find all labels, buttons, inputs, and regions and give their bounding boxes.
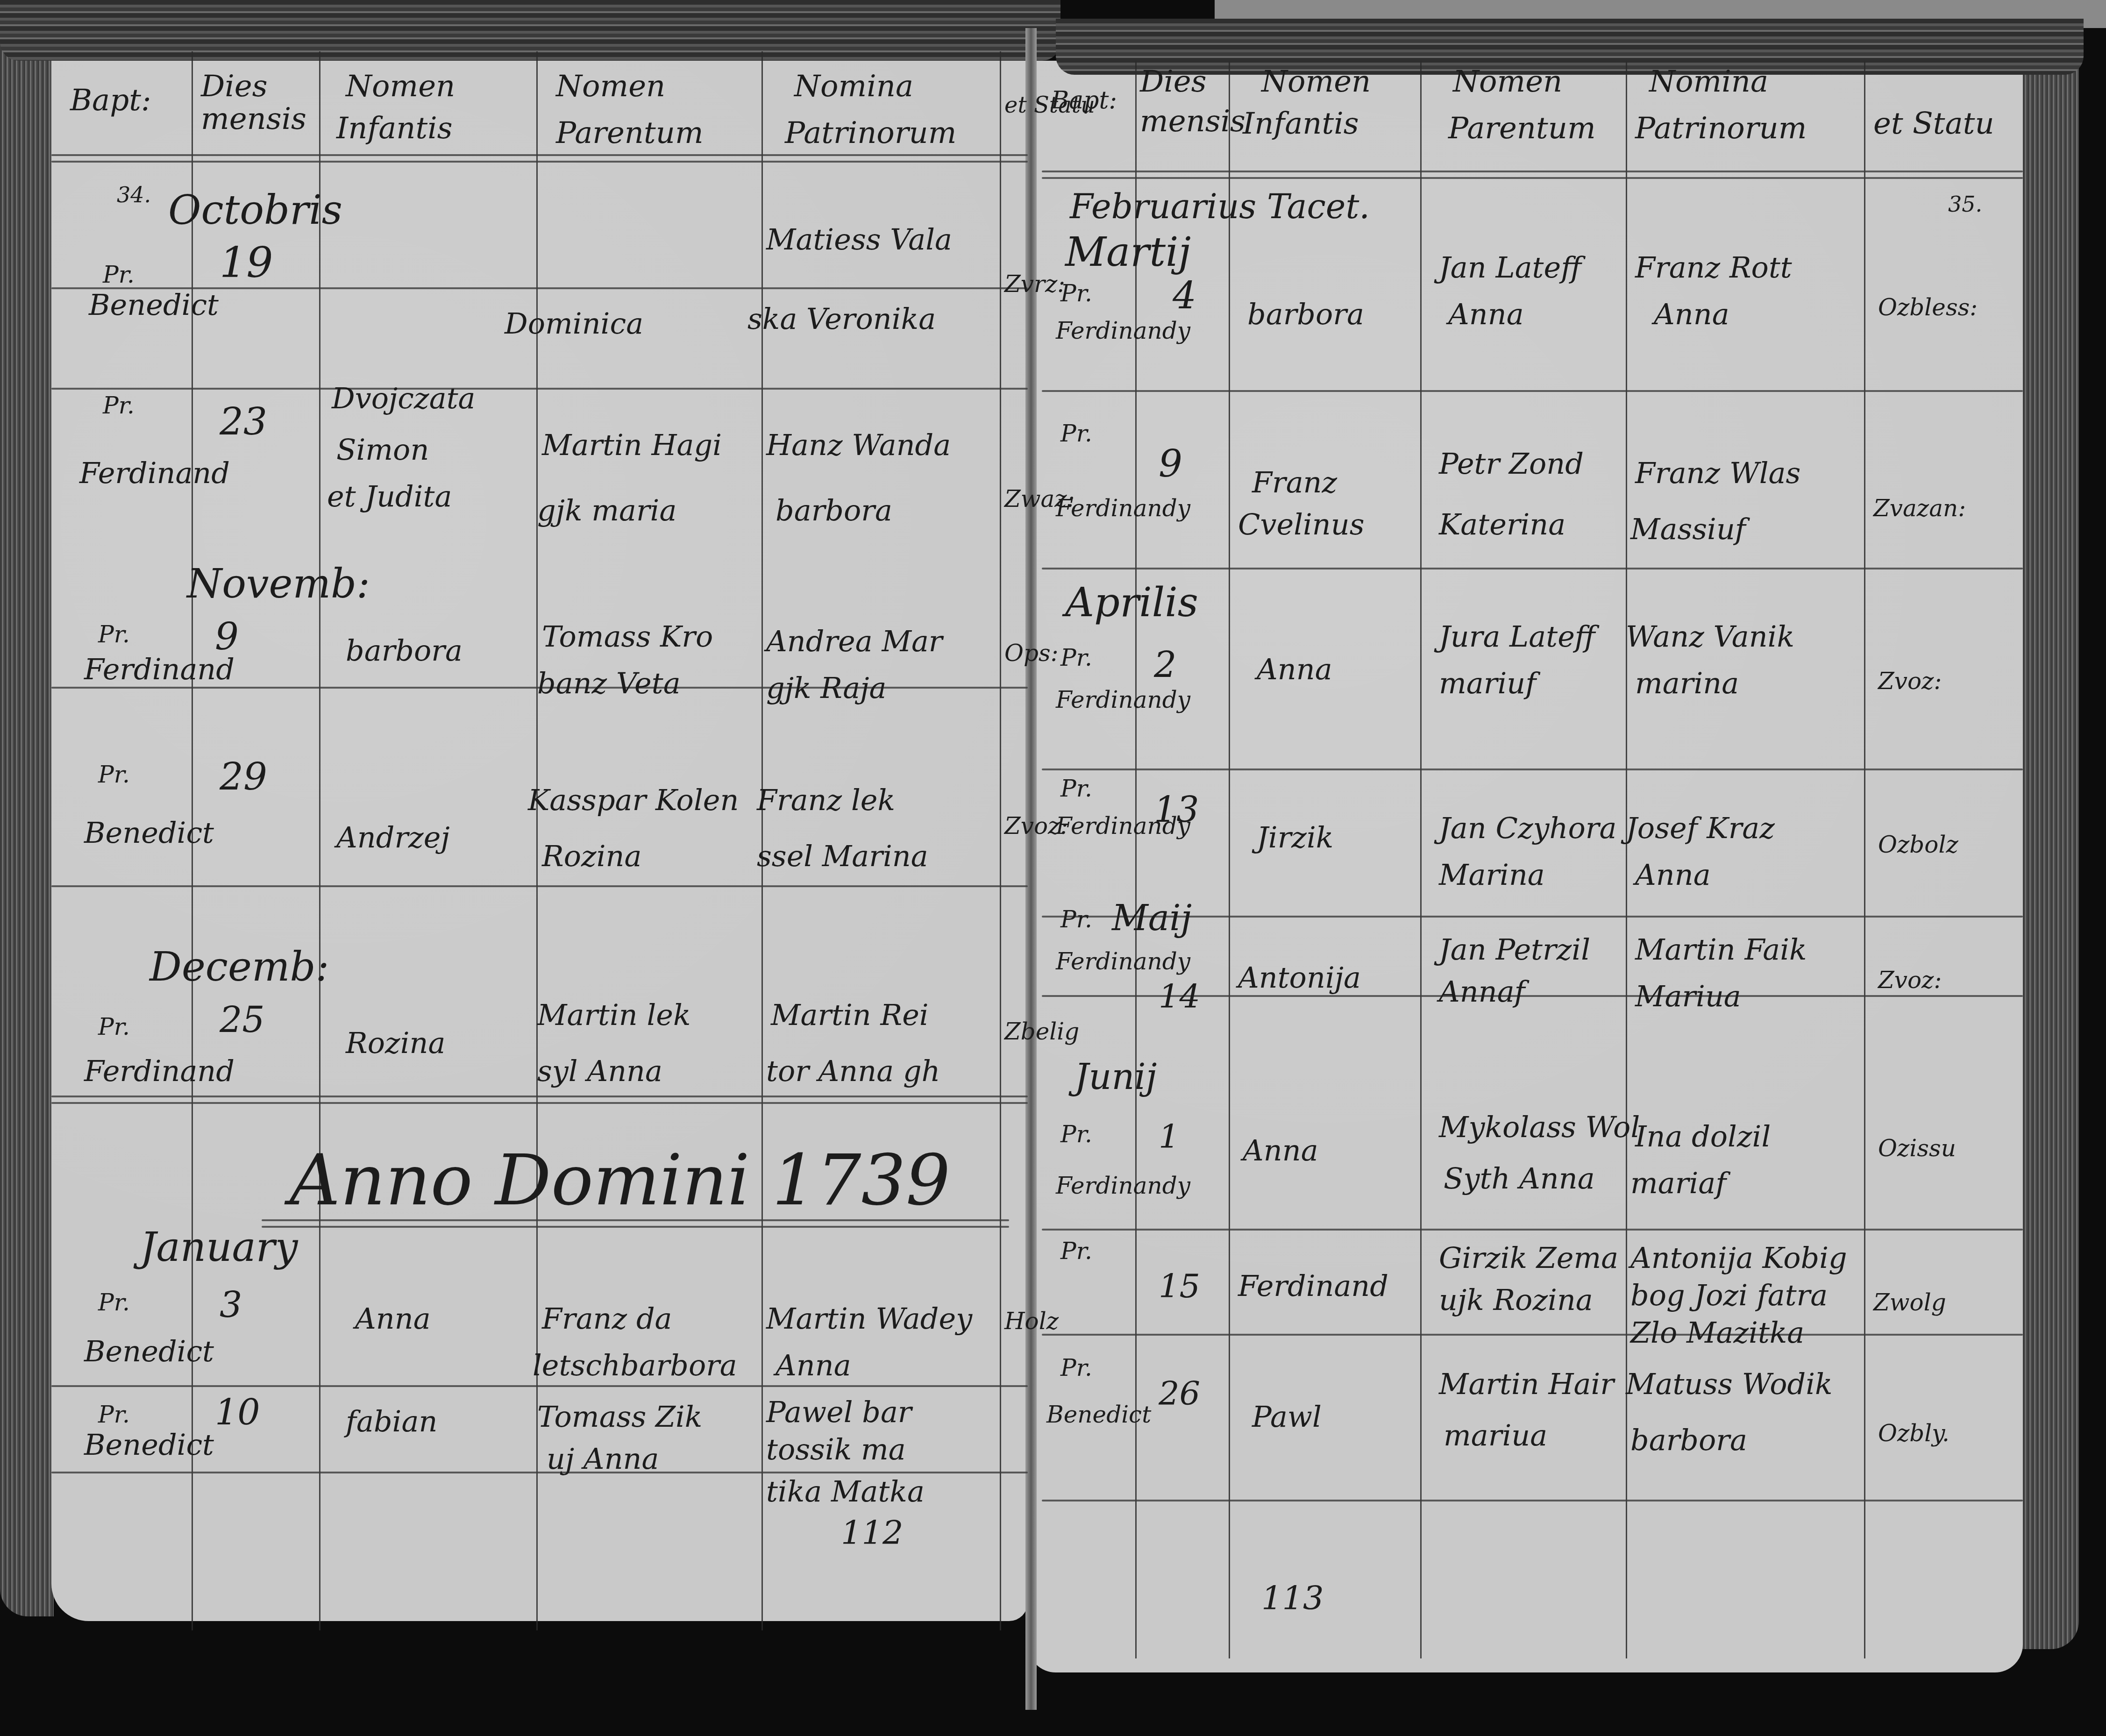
godparents: Antonija Kobig <box>1630 1243 1847 1274</box>
godparents: tossik ma <box>766 1434 906 1465</box>
parents: Mykolass Wol <box>1439 1112 1640 1143</box>
header-mensis: mensis <box>1140 105 1245 138</box>
day: 4 <box>1173 280 1196 311</box>
status: Ozissu <box>1878 1135 1956 1161</box>
godparents: bog Jozi fatra <box>1630 1280 1828 1311</box>
godparents: Martin Rei <box>771 1000 929 1031</box>
status: Ozbless: <box>1878 294 1978 320</box>
status: Zvoz: <box>1878 967 1942 993</box>
left-row-rule <box>51 885 1028 887</box>
godparents: Franz lek <box>757 785 895 816</box>
header-dies: Dies <box>1140 65 1207 98</box>
parents: Martin lek <box>537 1000 691 1031</box>
godparents: Hanz Wanda <box>766 430 951 461</box>
right-row-rule <box>1042 1229 2023 1231</box>
godparents: barbora <box>776 495 892 526</box>
day: 26 <box>1159 1378 1200 1409</box>
infant: Pawl <box>1252 1402 1322 1432</box>
godparents: barbora <box>1630 1425 1747 1456</box>
month-heading: Octobris <box>168 187 342 234</box>
godparents: Matiess Vala <box>766 224 952 255</box>
day: 10 <box>215 1397 260 1428</box>
header-nomen: Nomen <box>556 70 665 103</box>
godparents: Zlo Mazitka <box>1630 1317 1804 1348</box>
infant: barbora <box>1247 299 1364 330</box>
godparents: tika Matka <box>766 1476 925 1507</box>
left-row-rule <box>51 388 1028 390</box>
godparents: tor Anna gh <box>766 1056 940 1087</box>
baptizans-name: Benedict <box>84 1430 214 1460</box>
godparents: Anna <box>1635 860 1711 890</box>
day: 1 <box>1159 1121 1180 1152</box>
parents: uj Anna <box>547 1444 659 1474</box>
baptizans-name: Ferdinand <box>84 654 235 685</box>
left-page-edge-stack <box>0 42 54 1616</box>
header-nomen: Nomen <box>1453 65 1562 98</box>
godparents: Mariua <box>1635 981 1741 1012</box>
right-row-rule <box>1042 568 2023 569</box>
left-top-page-edges <box>0 0 1060 61</box>
infant: Franz <box>1252 467 1337 498</box>
baptizans-title: Pr. <box>98 621 130 647</box>
parents: mariua <box>1444 1420 1547 1451</box>
header-baptizans: Bapt: <box>70 84 151 117</box>
baptizans-name: Benedict <box>89 290 219 320</box>
day: 19 <box>220 248 273 278</box>
baptizans-title: Pr. <box>98 1402 130 1428</box>
baptizans-title: Pr. <box>1060 420 1092 447</box>
infant: Cvelinus <box>1238 509 1365 540</box>
day: 14 <box>1159 981 1200 1012</box>
baptizans-title: Pr. <box>98 1289 130 1316</box>
header-infantis: Infantis <box>1243 107 1359 140</box>
month-heading: Novemb: <box>187 561 370 607</box>
godparents: ssel Marina <box>757 841 928 872</box>
baptizans-name: Ferdinandy <box>1056 495 1190 521</box>
parents: Anna <box>1448 299 1524 330</box>
baptizans-title: Pr. <box>103 262 135 288</box>
left-row-rule <box>51 1385 1028 1387</box>
right-row-rule <box>1042 768 2023 770</box>
godparents: Ina dolzil <box>1635 1121 1771 1152</box>
left-row-rule <box>51 1096 1028 1097</box>
parents: Rozina <box>542 841 641 872</box>
header-nomina: Nomina <box>1649 65 1768 98</box>
right-row-rule <box>1042 1500 2023 1501</box>
baptizans-name: Ferdinandy <box>1056 948 1190 975</box>
header-patrinorum: Patrinorum <box>1635 112 1807 145</box>
month-heading: Decemb: <box>149 944 329 990</box>
header-nomina: Nomina <box>794 70 913 103</box>
parents: Jan Petrzil <box>1439 934 1590 965</box>
page-number-bottom: 113 <box>1261 1579 1324 1617</box>
parents: Petr Zond <box>1439 448 1584 479</box>
infant: Anna <box>1243 1135 1318 1166</box>
month-heading: Junij <box>1074 1056 1157 1097</box>
header-baptizans: Bapt: <box>1051 84 1117 117</box>
status: Zvrz: <box>1004 271 1065 297</box>
infant: Anna <box>1257 654 1332 685</box>
godparents: Martin Faik <box>1635 934 1807 965</box>
header-dies: Dies <box>201 70 268 103</box>
day: 23 <box>220 406 267 437</box>
day: 9 <box>1159 448 1182 479</box>
running-note: Februarius Tacet. <box>1070 187 1370 226</box>
day: 3 <box>220 1289 242 1320</box>
status: Ops: <box>1004 640 1059 666</box>
parents: Jan Lateff <box>1439 252 1581 283</box>
infant: Jirzik <box>1257 822 1333 853</box>
parents: gjk maria <box>537 495 676 526</box>
baptizans-title: Pr. <box>1060 1121 1092 1147</box>
baptizans-name: Ferdinandy <box>1056 1173 1190 1199</box>
status: Zbelig <box>1004 1018 1079 1045</box>
parents: Dominica <box>505 308 643 339</box>
godparents: Wanz Vanik <box>1626 621 1794 652</box>
status: Holz <box>1004 1308 1059 1334</box>
baptizans-title: Pr. <box>1060 1238 1092 1264</box>
infant: Antonija <box>1238 962 1361 993</box>
right-page-edge-stack <box>2018 61 2079 1649</box>
infant: Rozina <box>346 1028 445 1059</box>
godparents: Franz Rott <box>1635 252 1792 283</box>
header-nomen: Nomen <box>1261 65 1371 98</box>
baptizans-name: Benedict <box>1046 1402 1151 1428</box>
godparents: Andrea Mar <box>766 626 942 657</box>
month-heading: Maij <box>1112 897 1192 939</box>
infant: Andrzej <box>336 822 450 853</box>
godparents: Franz Wlas <box>1635 458 1800 489</box>
godparents: Josef Kraz <box>1626 813 1775 844</box>
left-header-rule <box>51 154 1028 156</box>
parents: mariuf <box>1439 668 1536 699</box>
parents: Katerina <box>1439 509 1565 540</box>
infant: Dvojczata <box>332 383 476 414</box>
baptizans-title: Pr. <box>1060 906 1092 932</box>
parents: Girzik Zema <box>1439 1243 1618 1274</box>
parents: Jan Czyhora <box>1439 813 1616 844</box>
infant: barbora <box>346 635 462 666</box>
parents: Marina <box>1439 860 1545 890</box>
status: Zwolg <box>1873 1289 1946 1316</box>
baptizans-title: Pr. <box>98 1014 130 1040</box>
parents: Annaf <box>1439 976 1525 1007</box>
infant: et Judita <box>327 481 452 512</box>
left-row-rule <box>51 1472 1028 1473</box>
month-heading: Aprilis <box>1065 579 1198 626</box>
baptizans-title: Pr. <box>1060 1355 1092 1381</box>
day: 2 <box>1154 649 1176 680</box>
month-heading: Martij <box>1065 229 1191 276</box>
status: Zvazan: <box>1873 495 1966 521</box>
parents: Tomass Zik <box>537 1402 702 1432</box>
status: Ozbly. <box>1878 1420 1949 1446</box>
parents: Franz da <box>542 1303 672 1334</box>
godparents: marina <box>1635 668 1739 699</box>
godparents: ska Veronika <box>747 304 936 334</box>
right-header-rule <box>1042 171 2023 172</box>
day: 13 <box>1154 794 1199 825</box>
baptizans-title: Pr. <box>1060 280 1092 306</box>
godparents: Massiuf <box>1630 514 1746 545</box>
infant: Ferdinand <box>1238 1271 1388 1302</box>
status: Zvoz: <box>1878 668 1942 694</box>
parents: syl Anna <box>537 1056 662 1087</box>
right-col-rule-5 <box>1864 61 1865 1658</box>
folio-number: 35. <box>1948 192 1982 217</box>
parents: Kasspar Kolen <box>528 785 739 816</box>
right-top-page-edges <box>1056 19 2084 75</box>
day: 9 <box>215 621 239 652</box>
baptizans-name: Benedict <box>84 818 214 848</box>
godparents: Anna <box>1654 299 1729 330</box>
right-row-rule <box>1042 390 2023 392</box>
parents: Tomass Kro <box>542 621 713 652</box>
header-status: et Statu <box>1873 107 1994 140</box>
parents: letschbarbora <box>533 1350 737 1381</box>
godparents: gjk Raja <box>766 673 886 704</box>
status: Ozbolz <box>1878 832 1958 858</box>
baptizans-title: Pr. <box>1060 776 1092 802</box>
day: 15 <box>1159 1271 1200 1302</box>
parents: Martin Hair <box>1439 1369 1614 1400</box>
infant: fabian <box>346 1406 437 1437</box>
godparents: Pawel bar <box>766 1397 911 1428</box>
parents: banz Veta <box>537 668 681 699</box>
parents: Martin Hagi <box>542 430 722 461</box>
parents: ujk Rozina <box>1439 1285 1593 1316</box>
godparents: Martin Wadey <box>766 1303 972 1334</box>
right-row-rule <box>1042 1334 2023 1336</box>
header-parentum: Parentum <box>556 117 704 149</box>
right-col-rule-4 <box>1626 61 1627 1658</box>
header-nomen: Nomen <box>346 70 455 103</box>
godparents: Matuss Wodik <box>1626 1369 1833 1400</box>
year-heading: Anno Domini 1739 <box>290 1140 950 1221</box>
godparents: Anna <box>776 1350 851 1381</box>
right-col-rule-3 <box>1420 61 1422 1658</box>
baptizans-name: Ferdinandy <box>1056 687 1190 713</box>
baptizans-name: Benedict <box>84 1336 214 1367</box>
baptizans-name: Ferdinand <box>79 458 230 489</box>
baptizans-title: Pr. <box>103 392 135 419</box>
header-patrinorum: Patrinorum <box>785 117 956 149</box>
baptizans-title: Pr. <box>1060 645 1092 671</box>
header-parentum: Parentum <box>1448 112 1596 145</box>
baptizans-title: Pr. <box>98 761 130 788</box>
day: 29 <box>220 761 267 792</box>
right-col-rule-2 <box>1229 61 1230 1658</box>
infant: Simon <box>336 434 429 465</box>
godparents: mariaf <box>1630 1168 1726 1199</box>
infant: Anna <box>355 1303 431 1334</box>
parents: Jura Lateff <box>1439 621 1595 652</box>
baptizans-name: Ferdinand <box>84 1056 235 1087</box>
header-infantis: Infantis <box>336 112 453 145</box>
header-mensis: mensis <box>201 103 306 135</box>
month-heading: January <box>140 1224 298 1271</box>
day: 25 <box>220 1004 265 1035</box>
parents: Syth Anna <box>1444 1163 1595 1194</box>
folio-number: 34. <box>117 182 151 207</box>
page-number-bottom: 112 <box>841 1514 904 1552</box>
baptizans-name: Ferdinandy <box>1056 318 1190 344</box>
